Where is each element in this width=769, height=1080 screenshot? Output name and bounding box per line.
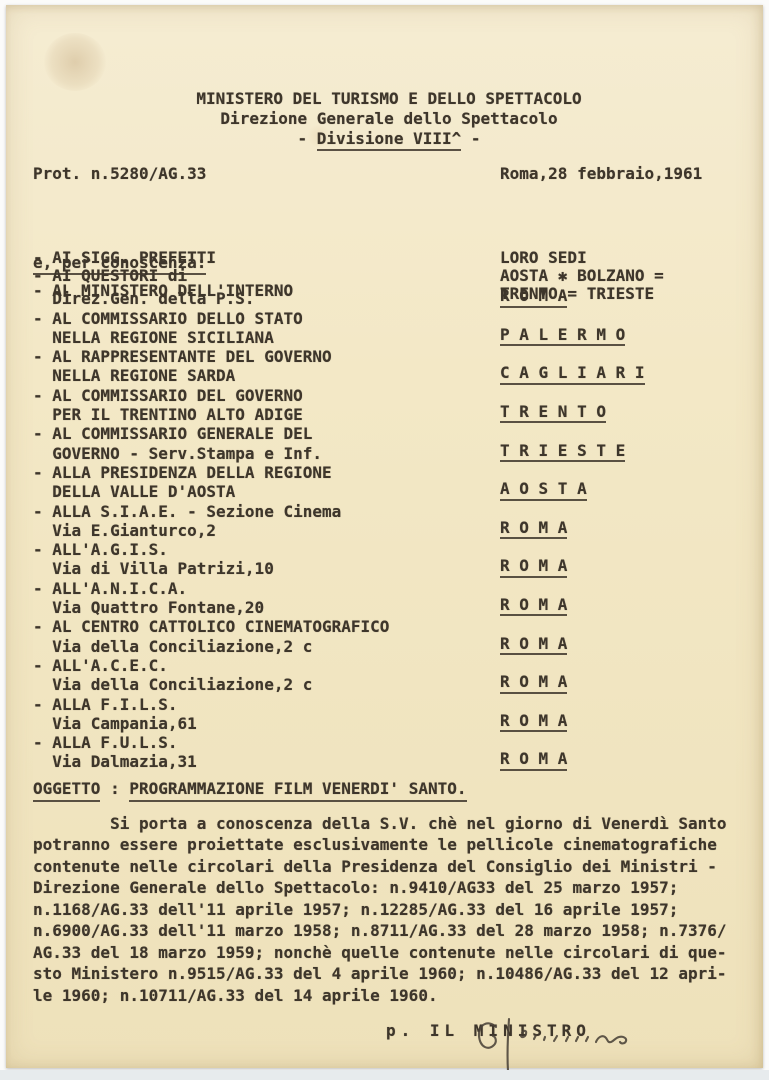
cc-item-city: R O M A: [500, 711, 567, 732]
cc-item-city: R O M A: [500, 518, 567, 539]
cc-item-city: C A G L I A R I: [500, 363, 645, 384]
cc-item: - AL COMMISSARIO GENERALE DEL GOVERNO - …: [33, 424, 745, 463]
body-line: n.6900/AG.33 dell'11 marzo 1958; n.8711/…: [33, 920, 745, 942]
addressees-row: - AI SIGG. PREFETTI- AI QUESTORI di LORO…: [33, 195, 745, 249]
cc-item-city: T R E N T O: [500, 402, 606, 423]
division-name: Divisione VIII^: [317, 129, 462, 151]
cc-list: - AL MINISTERO DELL'INTERNO Direz.Gen. d…: [33, 281, 745, 772]
cc-item-line2: NELLA REGIONE SARDA: [33, 366, 500, 385]
cc-item-line1: - AL COMMISSARIO DEL GOVERNO: [33, 386, 500, 405]
subject-label: OGGETTO: [33, 778, 100, 802]
body-line: sto Ministero n.9515/AG.33 del 4 aprile …: [33, 963, 745, 985]
scanned-page: MINISTERO DEL TURISMO E DELLO SPETTACOLO…: [6, 5, 763, 1068]
cc-item-city: R O M A: [500, 595, 567, 616]
cc-item: - ALL'A.N.I.C.A. Via Quattro Fontane,20 …: [33, 579, 745, 618]
cc-item: - AL CENTRO CATTOLICO CINEMATOGRAFICO Vi…: [33, 617, 745, 656]
handwritten-signature: [474, 1017, 649, 1073]
ministry-title: MINISTERO DEL TURISMO E DELLO SPETTACOLO: [33, 89, 745, 109]
cc-item: - ALLA PRESIDENZA DELLA REGIONE DELLA VA…: [33, 463, 745, 502]
body-line: Direzione Generale dello Spettacolo: n.9…: [33, 877, 745, 899]
cc-item-line2: GOVERNO - Serv.Stampa e Inf.: [33, 444, 500, 463]
cc-item-line1: - ALLA S.I.A.E. - Sezione Cinema: [33, 502, 500, 521]
cc-item-city: R O M A: [500, 672, 567, 693]
paper-stain: [44, 33, 106, 91]
cc-item-line2: PER IL TRENTINO ALTO ADIGE: [33, 405, 500, 424]
body-line: AG.33 del 18 marzo 1959; nonchè quelle c…: [33, 942, 745, 964]
cc-item: - ALLA F.I.L.S. Via Campania,61 R O M A: [33, 695, 745, 734]
place-date: Roma,28 febbraio,1961: [500, 164, 702, 184]
body-line: n.1168/AG.33 dell'11 aprile 1957; n.1228…: [33, 899, 745, 921]
cc-item-city: R O M A: [500, 556, 567, 577]
cc-item-line1: - AL CENTRO CATTOLICO CINEMATOGRAFICO: [33, 617, 500, 636]
cc-item-line1: - ALLA PRESIDENZA DELLA REGIONE: [33, 463, 500, 482]
subject-line: OGGETTO : PROGRAMMAZIONE FILM VENERDI' S…: [33, 778, 745, 802]
cc-item: - AL COMMISSARIO DELLO STATO NELLA REGIO…: [33, 309, 745, 348]
body-line: contenute nelle circolari della Presiden…: [33, 856, 745, 878]
protocol-row: Prot. n.5280/AG.33 Roma,28 febbraio,1961: [33, 164, 745, 184]
cc-item: - AL MINISTERO DELL'INTERNO Direz.Gen. d…: [33, 281, 745, 309]
cc-item: - AL COMMISSARIO DEL GOVERNO PER IL TREN…: [33, 386, 745, 425]
subject-text: PROGRAMMAZIONE FILM VENERDI' SANTO.: [129, 778, 466, 802]
cc-item-line1: - ALLA F.U.L.S.: [33, 733, 500, 752]
division-title: - Divisione VIII^ -: [33, 129, 745, 151]
cc-item-line2: Via di Villa Patrizi,10: [33, 559, 500, 578]
cc-item-line1: - AL COMMISSARIO DELLO STATO: [33, 309, 500, 328]
cc-item-line2: NELLA REGIONE SICILIANA: [33, 328, 500, 347]
body-paragraph: Si porta a conoscenza della S.V. chè nel…: [33, 813, 745, 1007]
cc-item-line2: Via Quattro Fontane,20: [33, 598, 500, 617]
body-line: le 1960; n.10711/AG.33 del 14 aprile 196…: [33, 985, 745, 1007]
cc-item-line2: Via Dalmazia,31: [33, 752, 500, 771]
cc-item-city: R O M A: [500, 749, 567, 770]
letter-content: MINISTERO DEL TURISMO E DELLO SPETTACOLO…: [33, 89, 745, 1042]
cc-item-line2: Via della Conciliazione,2 c: [33, 637, 500, 656]
cc-item-line1: - ALL'A.C.E.C.: [33, 656, 500, 675]
cc-item: - ALL'A.C.E.C. Via della Conciliazione,2…: [33, 656, 745, 695]
cc-item-city: R O M A: [500, 286, 567, 307]
protocol-number: Prot. n.5280/AG.33: [33, 164, 206, 183]
addressee-right-line: LORO SEDI: [500, 249, 664, 267]
scan-bottom-strip: [0, 1070, 769, 1080]
cc-item-line2: Via Campania,61: [33, 714, 500, 733]
cc-item: - ALLA S.I.A.E. - Sezione Cinema Via E.G…: [33, 502, 745, 541]
cc-item-line2: Via E.Gianturco,2: [33, 521, 500, 540]
directorate-title: Direzione Generale dello Spettacolo: [33, 109, 745, 129]
cc-item: - ALL'A.G.I.S. Via di Villa Patrizi,10 R…: [33, 540, 745, 579]
subject-separator: :: [100, 779, 129, 798]
cc-item-city: T R I E S T E: [500, 441, 625, 462]
cc-item-line1: - ALLA F.I.L.S.: [33, 695, 500, 714]
cc-item-line1: - AL RAPPRESENTANTE DEL GOVERNO: [33, 347, 500, 366]
division-dash-left: -: [297, 129, 316, 148]
cc-item-city: P A L E R M O: [500, 325, 625, 346]
cc-item-line2: DELLA VALLE D'AOSTA: [33, 482, 500, 501]
cc-item-line1: - ALL'A.G.I.S.: [33, 540, 500, 559]
cc-item-line2: Via della Conciliazione,2 c: [33, 675, 500, 694]
body-line: potranno essere proiettate esclusivament…: [33, 834, 745, 856]
body-line: Si porta a conoscenza della S.V. chè nel…: [33, 813, 745, 835]
cc-item-city: R O M A: [500, 634, 567, 655]
division-dash-right: -: [461, 129, 480, 148]
cc-item-city: A O S T A: [500, 479, 587, 500]
cc-item-line1: - ALL'A.N.I.C.A.: [33, 579, 500, 598]
cc-item: - AL RAPPRESENTANTE DEL GOVERNO NELLA RE…: [33, 347, 745, 386]
cc-item-line1: - AL COMMISSARIO GENERALE DEL: [33, 424, 500, 443]
cc-item: - ALLA F.U.L.S. Via Dalmazia,31 R O M A: [33, 733, 745, 772]
